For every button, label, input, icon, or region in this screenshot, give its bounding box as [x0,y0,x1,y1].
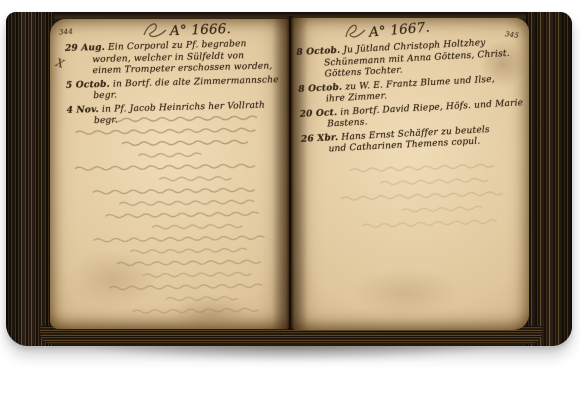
year-heading-left: A° 1666. [170,21,232,39]
left-page: 344 A° 1666. X 29 Aug. Ein Corporal zu P… [50,19,289,329]
book-block: 344 A° 1666. X 29 Aug. Ein Corporal zu P… [6,12,572,346]
heading-flourish-icon [343,22,367,40]
page-number-left: 344 [59,28,73,37]
page-edges-left [6,12,54,346]
register-entry: 5 Octob. in Bortf. die alte Zimmermannsc… [66,75,282,104]
ink-showthrough-right [330,155,513,241]
page-edges-right [526,12,572,346]
heading-flourish-icon [142,21,168,39]
photo-of-open-register-book: 344 A° 1666. X 29 Aug. Ein Corporal zu P… [0,0,580,397]
year-heading-right: A° 1667. [368,19,430,40]
entry-date: 29 Aug. [65,43,105,54]
marriage-entries-right: 8 Octob. Ju Jütland Christoph HoltzheySc… [296,36,528,159]
paper-stain [351,268,461,318]
book-gutter-shadow [272,16,308,330]
entry-date: 5 Octob. [66,79,110,90]
right-page: 345 A° 1667. 8 Octob. Ju Jütland Christo… [291,18,529,330]
register-entry: 29 Aug. Ein Corporal zu Pf. begrabenword… [65,38,281,78]
margin-check-mark: X [54,56,66,71]
ink-showthrough-left [63,109,289,324]
